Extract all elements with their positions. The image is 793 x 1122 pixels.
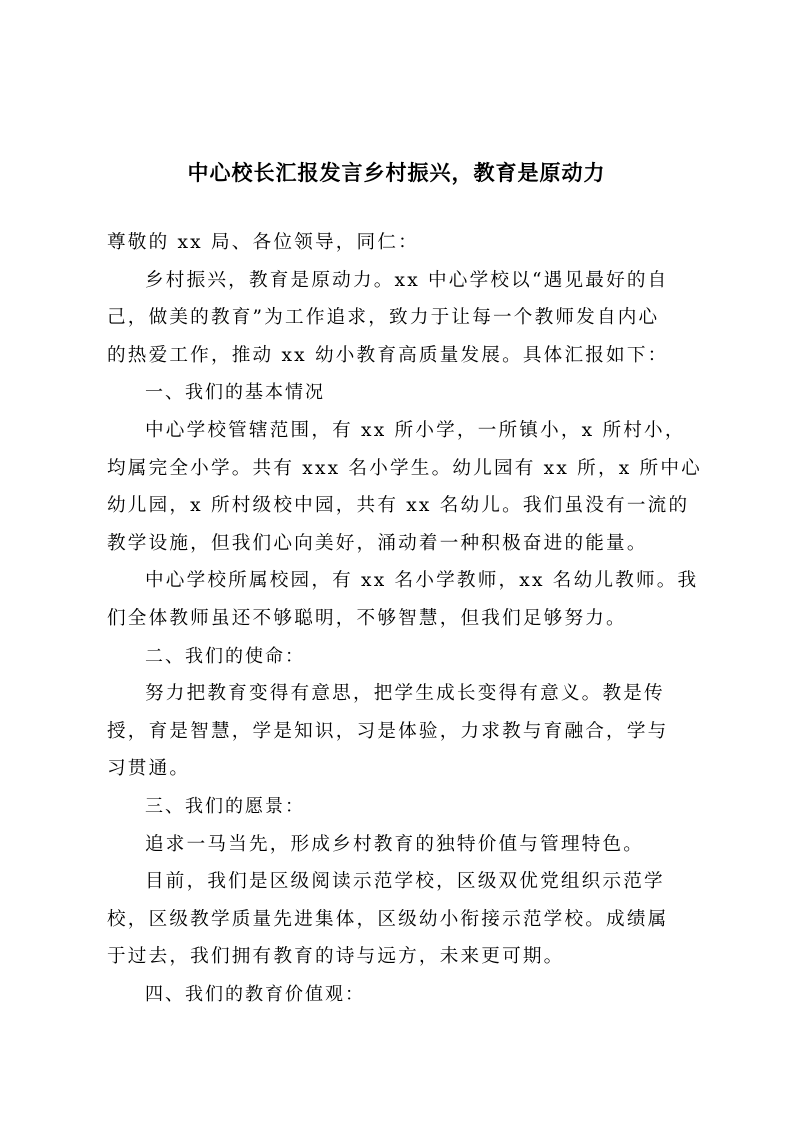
- paragraph-line: 目前，我们是区级阅读示范学校，区级双优党组织示范学: [107, 863, 687, 901]
- paragraph-line: 己，做美的教育”为工作追求，致力于让每一个教师发自内心: [107, 299, 687, 337]
- section-heading-1: 一、我们的基本情况: [107, 374, 687, 412]
- paragraph-line: 校，区级教学质量先进集体，区级幼小衔接示范学校。成绩属: [107, 901, 687, 939]
- document-page: 中心校长汇报发言乡村振兴，教育是原动力 尊敬的 xx 局、各位领导，同仁： 乡村…: [0, 0, 793, 1122]
- paragraph-line: 习贯通。: [107, 750, 687, 788]
- document-body: 尊敬的 xx 局、各位领导，同仁： 乡村振兴，教育是原动力。xx 中心学校以“遇…: [107, 224, 687, 1013]
- document-title: 中心校长汇报发言乡村振兴，教育是原动力: [0, 158, 793, 188]
- paragraph-line: 追求一马当先，形成乡村教育的独特价值与管理特色。: [107, 826, 687, 864]
- paragraph-line: 于过去，我们拥有教育的诗与远方，未来更可期。: [107, 938, 687, 976]
- paragraph-line: 努力把教育变得有意思，把学生成长变得有意义。教是传: [107, 675, 687, 713]
- salutation-line: 尊敬的 xx 局、各位领导，同仁：: [107, 224, 687, 262]
- paragraph-line: 授，育是智慧，学是知识，习是体验，力求教与育融合，学与: [107, 713, 687, 751]
- section-heading-4: 四、我们的教育价值观：: [107, 976, 687, 1014]
- paragraph-line: 的热爱工作，推动 xx 幼小教育高质量发展。具体汇报如下：: [107, 337, 687, 375]
- paragraph-line: 教学设施，但我们心向美好，涌动着一种积极奋进的能量。: [107, 525, 687, 563]
- paragraph-line: 乡村振兴，教育是原动力。xx 中心学校以“遇见最好的自: [107, 262, 687, 300]
- section-heading-2: 二、我们的使命：: [107, 638, 687, 676]
- paragraph-line: 中心学校所属校园，有 xx 名小学教师，xx 名幼儿教师。我: [107, 562, 687, 600]
- paragraph-line: 中心学校管辖范围，有 xx 所小学，一所镇小，x 所村小，: [107, 412, 687, 450]
- paragraph-line: 均属完全小学。共有 xxx 名小学生。幼儿园有 xx 所，x 所中心: [107, 450, 687, 488]
- paragraph-line: 幼儿园，x 所村级校中园，共有 xx 名幼儿。我们虽没有一流的: [107, 487, 687, 525]
- section-heading-3: 三、我们的愿景：: [107, 788, 687, 826]
- paragraph-line: 们全体教师虽还不够聪明，不够智慧，但我们足够努力。: [107, 600, 687, 638]
